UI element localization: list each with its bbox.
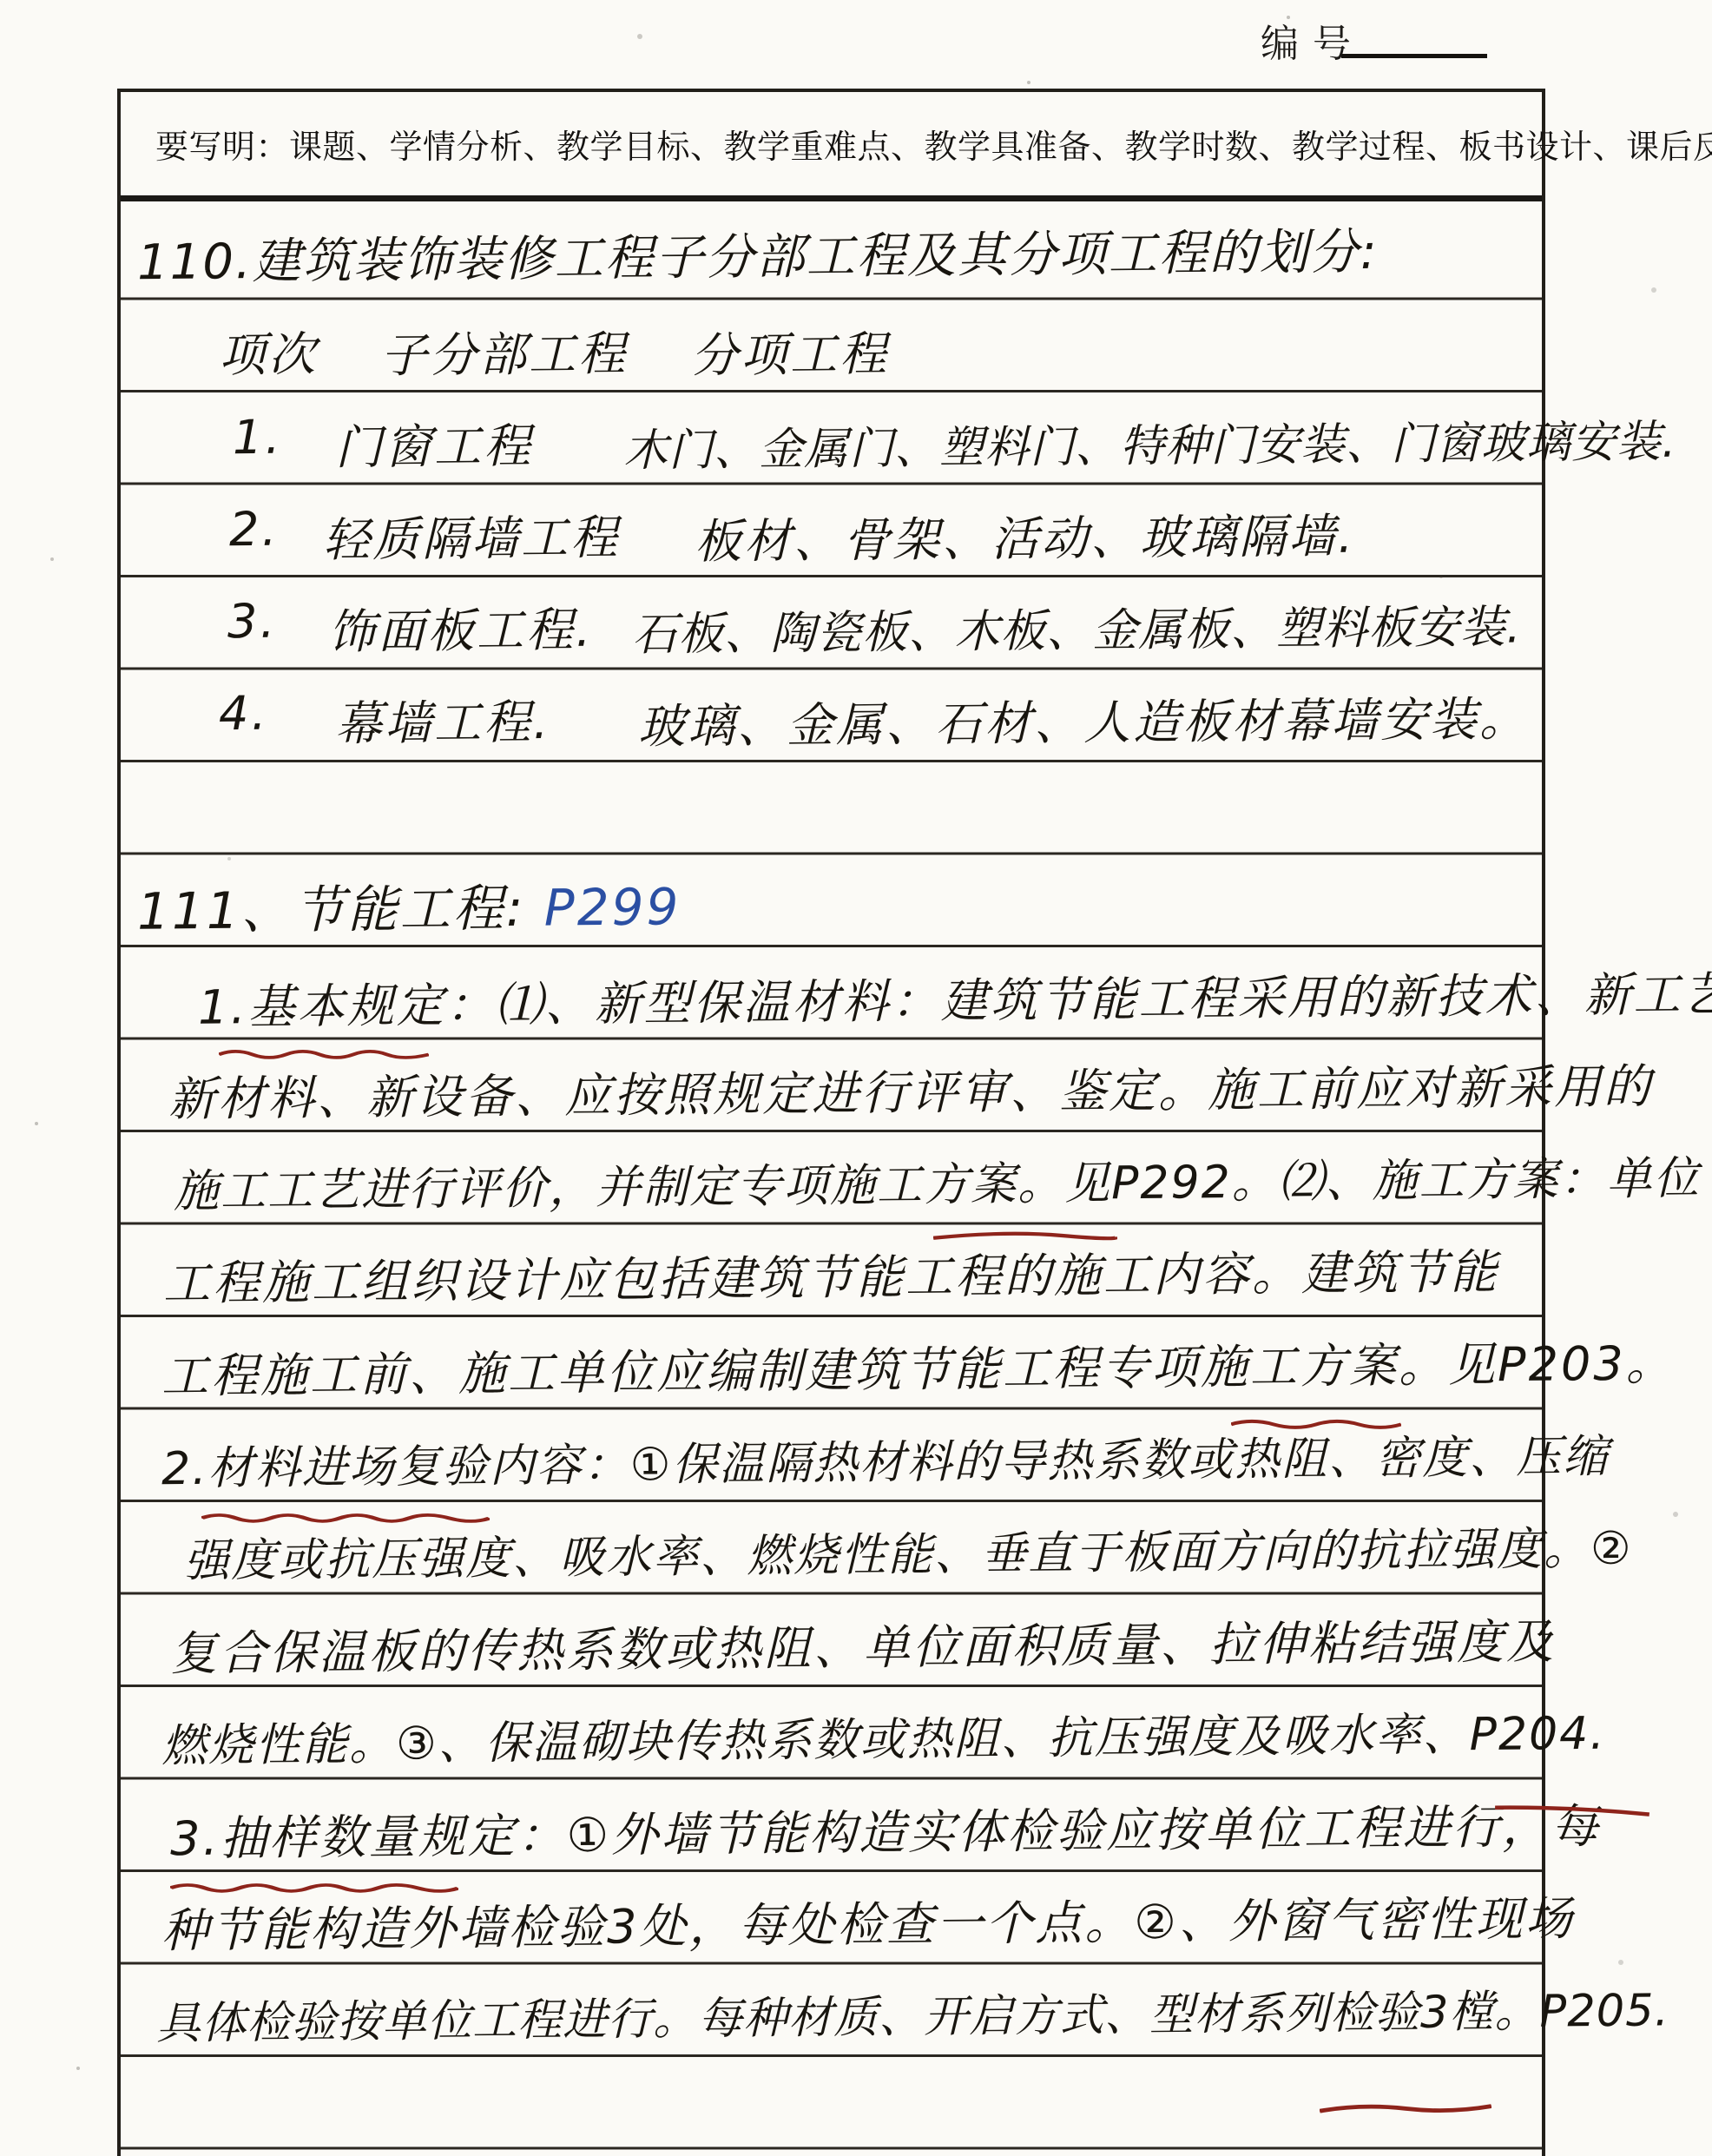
section111-page-ref: P299 <box>543 877 681 937</box>
document-number-blank-line <box>1341 17 1487 58</box>
table-header-item-no: 项次 <box>219 318 319 386</box>
note-line: 种节能构造外墙检验3处，每处检查一个点。②、外窗气密性现场 <box>161 1882 1575 1961</box>
table-row-subdivision: 饰面板工程. <box>328 593 594 663</box>
section111-title-text: 111、节能工程: <box>137 879 526 941</box>
table-row-items: 木门、金属门、塑料门、特种门安装、门窗玻璃安装. <box>623 405 1677 479</box>
note-line: 新材料、新设备、应按照规定进行评审、鉴定。施工前应对新采用的 <box>168 1050 1654 1130</box>
red-underline-p205 <box>1320 2101 1491 2113</box>
section111-title: 111、节能工程: P299 <box>137 866 682 943</box>
red-wavy-underline-sampling-rules <box>170 1881 458 1893</box>
scan-speckles <box>0 0 3 3</box>
table-header-subitem: 分项工程 <box>691 317 890 386</box>
note-line: 燃烧性能。③、保温砌块传热系数或热阻、抗压强度及吸水率、P204. <box>161 1697 1606 1775</box>
instructions-header: 要写明：课题、学情分析、教学目标、教学重难点、教学具准备、教学时数、教学过程、板… <box>121 92 1542 201</box>
table-row-items: 玻璃、金属、石材、人造板材幕墙安装。 <box>638 682 1530 757</box>
note-line: 施工工艺进行评价，并制定专项施工方案。见P292。⑵、施工方案：单位 <box>174 1141 1701 1219</box>
table-header-subdivision: 子分部工程 <box>380 317 629 386</box>
red-wavy-underline-material-reinspection <box>201 1511 490 1523</box>
red-underline-p292 <box>933 1230 1117 1242</box>
section110-title: 110.建筑装饰装修工程子分部工程及其分项工程的划分: <box>137 214 1379 293</box>
table-row-items: 板材、骨架、活动、玻璃隔墙. <box>695 499 1356 572</box>
red-wavy-underline-basic-rules <box>219 1047 429 1059</box>
table-row-no: 4. <box>219 686 269 741</box>
table-row-no: 1. <box>233 410 283 465</box>
red-wavy-underline-p203 <box>1231 1417 1401 1429</box>
table-row-subdivision: 门窗工程 <box>335 409 534 478</box>
note-line: 工程施工前、施工单位应编制建筑节能工程专项施工方案。见P203。 <box>161 1326 1676 1406</box>
table-row-no: 3. <box>227 594 278 649</box>
instructions-text: 要写明：课题、学情分析、教学目标、教学重难点、教学具准备、教学时数、教学过程、板… <box>155 120 1712 168</box>
table-row-items: 石板、陶瓷板、木板、金属板、塑料板安装. <box>632 590 1522 663</box>
note-line: 2.材料进场复验内容：①保温隔热材料的导热系数或热阻、密度、压缩 <box>161 1420 1610 1498</box>
note-line: 1.基本规定：⑴、新型保温材料：建筑节能工程采用的新技术、新工艺 <box>198 957 1712 1037</box>
note-line: 复合保温板的传热系数或热阻、单位面积质量、拉伸粘结强度及 <box>170 1605 1557 1684</box>
note-line: 工程施工组织设计应包括建筑节能工程的施工内容。建筑节能 <box>163 1235 1500 1313</box>
table-row-subdivision: 幕墙工程. <box>335 685 551 754</box>
scanned-note-page: 编号 要写明：课题、学情分析、教学目标、教学重难点、教学具准备、教学时数、教学过… <box>0 0 1712 2156</box>
table-row-subdivision: 轻质隔墙工程 <box>323 501 621 570</box>
note-line: 强度或抗压强度、吸水率、燃烧性能、垂直于板面方向的抗拉强度。② <box>184 1512 1633 1590</box>
note-line: 3.抽样数量规定：①外墙节能构造实体检验应按单位工程进行，每 <box>170 1790 1602 1869</box>
note-line: 具体检验按单位工程进行。每种材质、开启方式、型材系列检验3樘。P205. <box>156 1974 1669 2051</box>
table-row-no: 2. <box>229 502 280 557</box>
